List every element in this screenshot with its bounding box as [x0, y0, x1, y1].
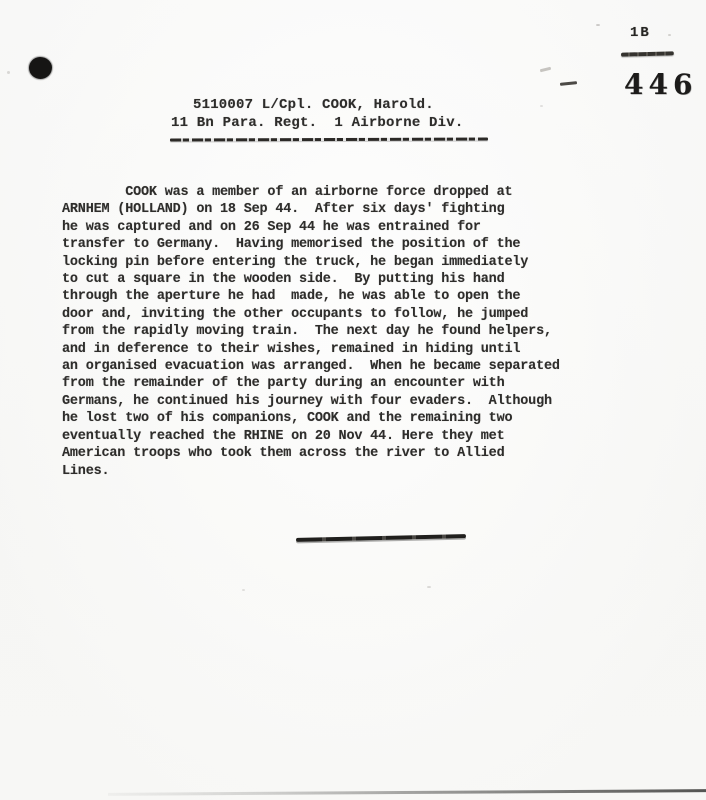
header-dashed-underline: [170, 137, 488, 141]
body-text-line: ARNHEM (HOLLAND) on 18 Sep 44. After six…: [62, 201, 560, 218]
scan-speck: [540, 105, 543, 107]
body-text-line: he was captured and on 26 Sep 44 he was …: [62, 219, 560, 236]
hole-punch-mark: [29, 57, 52, 79]
body-text-line: COOK was a member of an airborne force d…: [62, 184, 560, 201]
scan-speck: [427, 586, 431, 588]
page-number-stamp: 446: [624, 68, 697, 101]
unit-line: 11 Bn Para. Regt. 1 Airborne Div.: [171, 115, 463, 131]
body-text-line: to cut a square in the wooden side. By p…: [62, 271, 560, 288]
scan-speck: [596, 24, 600, 26]
body-text-line: an organised evacuation was arranged. Wh…: [62, 358, 560, 375]
pen-dash-mark: [560, 81, 577, 86]
body-text-line: transfer to Germany. Having memorised th…: [62, 236, 560, 253]
body-text-line: eventually reached the RHINE on 20 Nov 4…: [62, 428, 560, 445]
scan-speck: [242, 589, 245, 591]
corner-reference-underline: [621, 51, 674, 56]
faint-pencil-mark: [540, 67, 551, 73]
body-text-line: American troops who took them across the…: [62, 445, 560, 462]
body-text-line: locking pin before entering the truck, h…: [62, 254, 560, 271]
scan-speck: [668, 34, 671, 36]
body-text-line: from the remainder of the party during a…: [62, 375, 560, 392]
body-text-line: he lost two of his companions, COOK and …: [62, 410, 560, 427]
scan-speck: [7, 71, 10, 74]
body-text-line: Germans, he continued his journey with f…: [62, 393, 560, 410]
scanned-document-page: 1B 446 5110007 L/Cpl. COOK, Harold. 11 B…: [0, 0, 706, 800]
service-number-name-line: 5110007 L/Cpl. COOK, Harold.: [193, 97, 434, 113]
body-text-line: from the rapidly moving train. The next …: [62, 323, 560, 340]
body-text-line: through the aperture he had made, he was…: [62, 288, 560, 305]
body-text-line: door and, inviting the other occupants t…: [62, 306, 560, 323]
report-body-paragraph: COOK was a member of an airborne force d…: [62, 184, 560, 480]
scan-edge-line: [108, 789, 706, 796]
corner-reference-label: 1B: [630, 25, 651, 41]
body-text-line: Lines.: [62, 463, 560, 480]
body-text-line: and in deference to their wishes, remain…: [62, 341, 560, 358]
closing-rule: [296, 534, 466, 542]
